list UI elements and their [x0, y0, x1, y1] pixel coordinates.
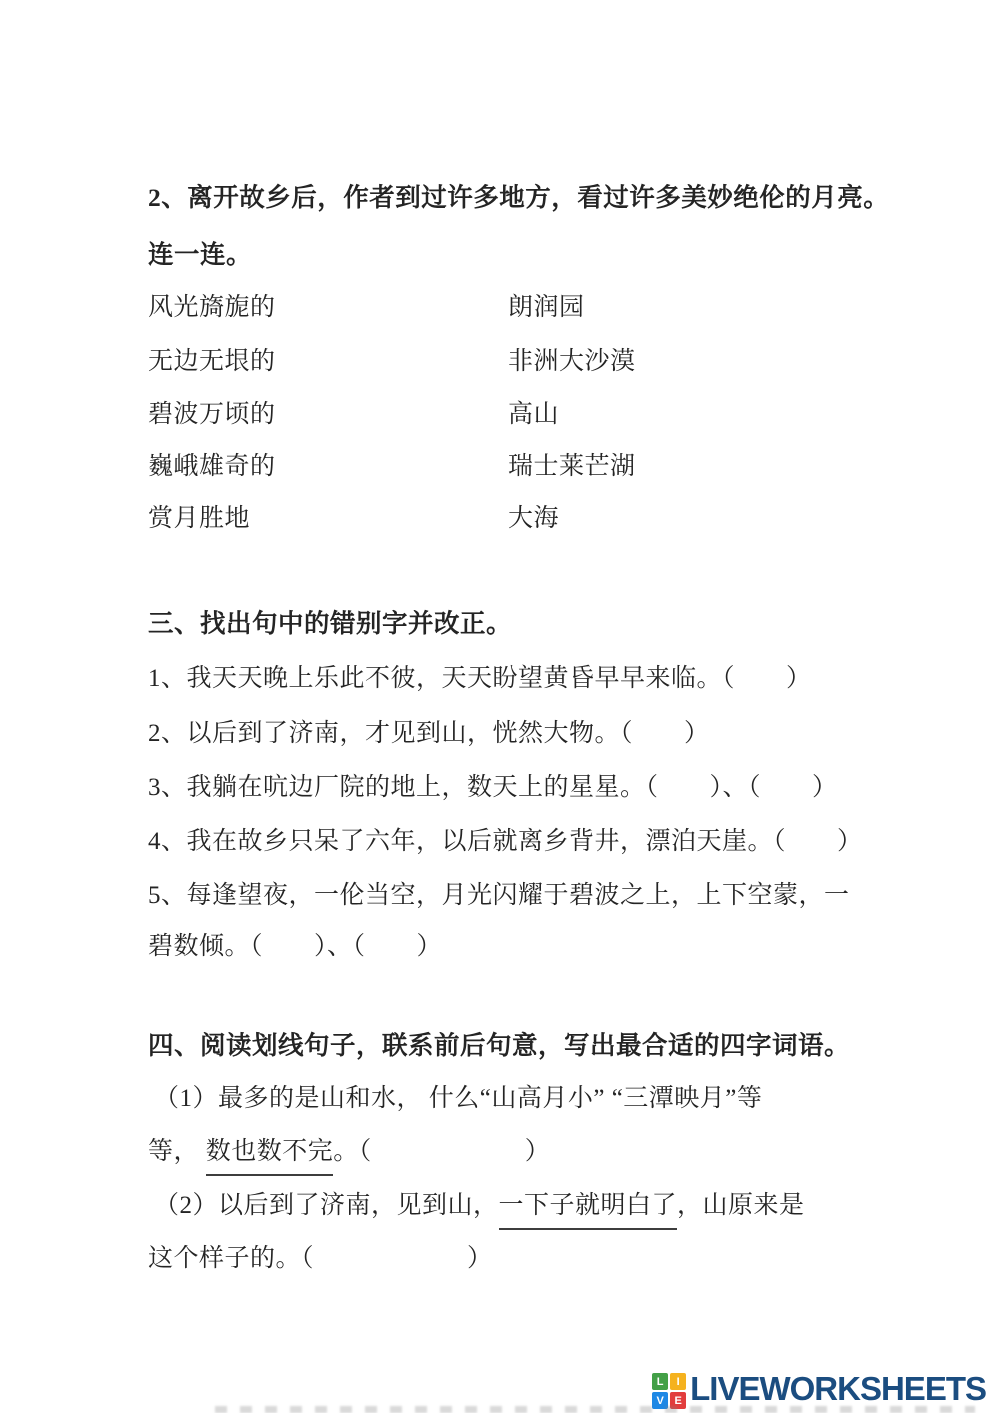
match-right-item[interactable]: 非洲大沙漠 — [508, 346, 636, 378]
section4-item1-line1: （1）最多的是山和水， 什么“山高月小” “三潭映月”等 — [154, 1083, 762, 1117]
match-right-item[interactable]: 高山 — [508, 399, 559, 431]
question2-line1: 2、离开故乡后，作者到过许多地方，看过许多美妙绝伦的月亮。 — [148, 182, 889, 216]
item1-underlined-phrase: 数也数不完 — [206, 1136, 334, 1176]
liveworksheets-logo-icon: L I V E — [652, 1373, 686, 1409]
section3-sentence-5: 5、每逢望夜，一伦当空，月光闪耀于碧波之上，上下空蒙，一 — [148, 880, 850, 914]
section4-item1-line2: 等， 数也数不完。（ ） — [148, 1136, 550, 1170]
item2-line1-suffix: ，山原来是 — [677, 1192, 805, 1219]
item1-line2-prefix: 等， — [148, 1138, 206, 1165]
match-left-item[interactable]: 风光旖旎的 — [148, 294, 276, 321]
liveworksheets-logo[interactable]: L I V E LIVEWORKSHEETS — [652, 1370, 986, 1409]
section4-item2-line1: （2）以后到了济南，见到山，一下子就明白了，山原来是 — [154, 1190, 805, 1224]
match-row: 巍峨雄奇的 瑞士莱芒湖 — [148, 451, 276, 485]
logo-square-i: I — [670, 1373, 686, 1390]
match-left-item[interactable]: 赏月胜地 — [148, 505, 250, 532]
match-right-item[interactable]: 朗润园 — [508, 292, 585, 324]
item2-line1-prefix: （2）以后到了济南，见到山， — [154, 1192, 499, 1219]
match-row: 碧波万顷的 高山 — [148, 399, 276, 433]
liveworksheets-logo-text: LIVEWORKSHEETS — [690, 1370, 986, 1408]
section3-sentence-3: 3、我躺在吭边厂院的地上，数天上的星星。（ ）、（ ） — [148, 772, 838, 806]
section3-sentence-2: 2、以后到了济南，才见到山，恍然大物。（ ） — [148, 718, 710, 752]
section3-title: 三、找出句中的错别字并改正。 — [148, 608, 512, 642]
match-right-item[interactable]: 瑞士莱芒湖 — [508, 451, 636, 483]
cutoff-next-line-artifact — [215, 1406, 975, 1413]
match-left-item[interactable]: 巍峨雄奇的 — [148, 453, 276, 480]
match-left-item[interactable]: 碧波万顷的 — [148, 401, 276, 428]
logo-square-l: L — [652, 1373, 668, 1390]
item2-underlined-phrase: 一下子就明白了 — [499, 1190, 678, 1230]
item1-line2-suffix: 。（ ） — [333, 1138, 550, 1165]
worksheet-page: 2、离开故乡后，作者到过许多地方，看过许多美妙绝伦的月亮。 连一连。 风光旖旎的… — [0, 0, 1000, 1413]
match-left-item[interactable]: 无边无垠的 — [148, 348, 276, 375]
match-row: 无边无垠的 非洲大沙漠 — [148, 346, 276, 380]
match-right-item[interactable]: 大海 — [508, 503, 559, 535]
match-row: 赏月胜地 大海 — [148, 503, 250, 537]
section3-sentence-1: 1、我天天晚上乐此不彼，天天盼望黄昏早早来临。（ ） — [148, 663, 812, 697]
section4-item2-line2: 这个样子的。（ ） — [148, 1243, 493, 1277]
section4-title: 四、阅读划线句子，联系前后句意，写出最合适的四字词语。 — [148, 1030, 850, 1064]
section3-sentence-5-continued: 碧数倾。（ ）、（ ） — [148, 931, 442, 965]
question2-line2: 连一连。 — [148, 239, 252, 273]
section3-sentence-4: 4、我在故乡只呆了六年，以后就离乡背井，漂泊天崖。（ ） — [148, 826, 863, 860]
match-row: 风光旖旎的 朗润园 — [148, 292, 276, 326]
